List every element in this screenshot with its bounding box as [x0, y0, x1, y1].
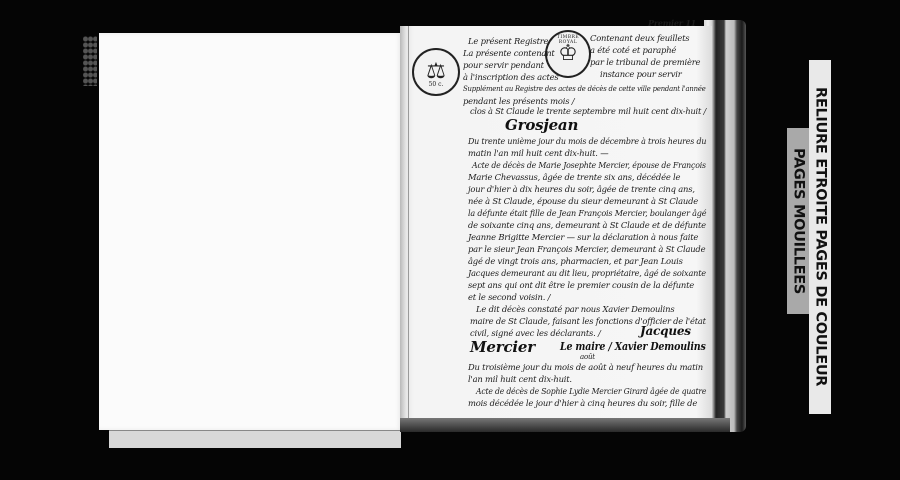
justice-figure-icon: ⚖	[426, 61, 446, 83]
scanned-register-image: Premier 11 ⚖ 50 c. TIMBRE ROYAL ♔ Le pré…	[0, 0, 900, 480]
entry-1-line: matin l'an mil huit cent dix-huit. —	[468, 148, 608, 158]
folio-number: Premier 11	[648, 18, 696, 28]
header-right-line: instance pour servir	[600, 69, 682, 79]
entry-2-line: Du troisième jour du mois de août à neuf…	[468, 362, 703, 372]
entry-2-line: mois décédée le jour d'hier à cinq heure…	[468, 398, 697, 408]
closing-line: clos à St Claude le trente septembre mil…	[470, 106, 706, 116]
header-left-line: Le présent Registre	[468, 36, 548, 46]
header-left-line: Supplément au Registre des actes de décè…	[463, 84, 706, 93]
entry-1-line: née à St Claude, épouse du sieur demeura…	[468, 196, 698, 206]
signature-declarant-1: Mercier	[470, 338, 535, 356]
margin-line	[408, 26, 409, 418]
entry-1-line: Le dit décès constaté par nous Xavier De…	[476, 304, 674, 314]
entry-2-insertion: août	[580, 353, 595, 361]
stamp-value: 50 c.	[414, 81, 458, 88]
entry-1-line: civil, signé avec les déclarants. /	[470, 328, 601, 338]
entry-1-line: la défunte était fille de Jean François …	[468, 208, 706, 218]
header-right-line: par le tribunal de première	[590, 57, 700, 67]
header-right-line: a été coté et paraphé	[590, 45, 676, 55]
entry-1-line: et le second voisin. /	[468, 292, 550, 302]
header-left-line: à l'inscription des actes	[463, 72, 558, 82]
entry-1-line: âgé de vingt trois ans, pharmacien, et p…	[468, 256, 683, 266]
entry-1-line: Jacques demeurant au dit lieu, propriéta…	[468, 268, 706, 278]
entry-1-line: sept ans qui ont dit être le premier cou…	[468, 280, 694, 290]
page-stack-bottom-edge	[400, 418, 730, 432]
entry-2-line: l'an mil huit cent dix-huit.	[468, 374, 572, 384]
entry-1-line: Acte de décès de Marie Josephte Mercier,…	[472, 160, 706, 170]
signature-registrar: Grosjean	[505, 116, 578, 134]
entry-1-line: Marie Chevassus, âgée de trente six ans,…	[468, 172, 680, 182]
entry-1-line: jour d'hier à dix heures du soir, âgée d…	[468, 184, 695, 194]
entry-1-line: Du trente unième jour du mois de décembr…	[468, 136, 706, 146]
left-page-blank	[99, 33, 402, 430]
label-water-damaged-pages: PAGES MOUILLEES	[787, 128, 809, 314]
paper-debris	[83, 36, 97, 86]
entry-1-line: par le sieur Jean François Mercier, deme…	[468, 244, 705, 254]
signature-mayor: Le maire / Xavier Demoulins	[560, 340, 706, 353]
stamp-ring-text: TIMBRE ROYAL	[547, 35, 589, 45]
entry-1-line: Jeanne Brigitte Mercier — sur la déclara…	[468, 232, 698, 242]
crown-icon: ♔	[558, 43, 578, 65]
header-right-line: Contenant deux feuillets	[590, 33, 689, 43]
left-page-underflap	[109, 430, 401, 448]
fiscal-stamp-figure: ⚖ 50 c.	[412, 48, 460, 96]
signature-declarant-2: Jacques	[640, 324, 691, 338]
entry-1-line: de soixante cinq ans, demeurant à St Cla…	[468, 220, 706, 230]
header-left-line: pendant les présents mois /	[463, 96, 574, 106]
header-left-line: La présente contenant	[463, 48, 555, 58]
entry-2-line: Acte de décès de Sophie Lydie Mercier Gi…	[476, 386, 706, 396]
label-narrow-binding-colored-pages: RELIURE ETROITE PAGES DE COULEUR	[809, 60, 831, 414]
header-left-line: pour servir pendant	[463, 60, 544, 70]
